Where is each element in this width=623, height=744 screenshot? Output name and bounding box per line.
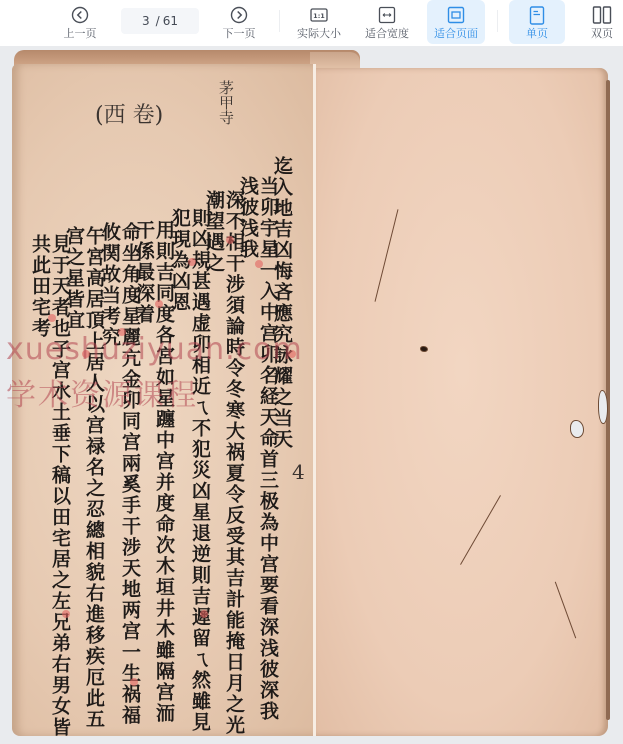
red-seal-mark bbox=[130, 678, 138, 686]
text-column: 見于天者也子宫水土垂下稿以田宅居之左兄弟右男女皆共此田宅考 bbox=[30, 234, 70, 738]
fit-width-icon bbox=[378, 3, 396, 27]
next-page-label: 下一页 bbox=[223, 27, 256, 41]
actual-size-button[interactable]: 1:1 实际大小 bbox=[291, 0, 347, 44]
toolbar-divider bbox=[497, 10, 498, 32]
single-page-button[interactable]: 单页 bbox=[509, 0, 565, 44]
fit-width-button[interactable]: 适合宽度 bbox=[359, 0, 415, 44]
pencil-volume-note: (西 卷) bbox=[95, 98, 163, 129]
prev-page-button[interactable]: 上一页 bbox=[56, 0, 104, 44]
red-seal-mark bbox=[188, 258, 196, 266]
fit-page-icon bbox=[447, 3, 465, 27]
fit-width-label: 适合宽度 bbox=[365, 27, 409, 41]
paper-hole bbox=[598, 390, 608, 424]
document-viewer[interactable]: (西 卷) 茅甲寺 4 迄入地吉凶悔吝應究詠耀之当天 当卯宇星一入中宫卯名経天命… bbox=[0, 46, 623, 744]
double-page-label: 双页 bbox=[591, 27, 613, 41]
fit-page-label: 适合页面 bbox=[434, 27, 478, 41]
page-number-input[interactable]: 3 / 61 bbox=[121, 8, 199, 34]
red-seal-mark bbox=[288, 350, 296, 358]
red-seal-mark bbox=[200, 610, 208, 618]
next-page-button[interactable]: 下一页 bbox=[215, 0, 263, 44]
book-edge bbox=[310, 52, 360, 68]
one-to-one-icon: 1:1 bbox=[310, 3, 328, 27]
double-page-icon bbox=[592, 3, 612, 27]
total-pages: 61 bbox=[163, 14, 178, 28]
red-seal-mark bbox=[155, 300, 163, 308]
red-seal-mark bbox=[82, 350, 90, 358]
prev-page-label: 上一页 bbox=[64, 27, 97, 41]
actual-size-label: 实际大小 bbox=[297, 27, 341, 41]
chevron-left-circle-icon bbox=[71, 3, 89, 27]
svg-text:1:1: 1:1 bbox=[313, 12, 325, 20]
right-page bbox=[316, 68, 608, 736]
fit-page-button[interactable]: 适合页面 bbox=[427, 0, 485, 44]
double-page-button[interactable]: 双页 bbox=[580, 0, 623, 44]
text-column: 則凶規甚遇虚卯相近ㄟ不犯災凶星退逆則吉遲留ㄟ然雖見犯現為凶恩 bbox=[170, 208, 210, 738]
current-page: 3 bbox=[142, 14, 150, 28]
single-page-icon bbox=[529, 3, 545, 27]
red-seal-mark bbox=[62, 610, 70, 618]
text-column: 命坐角度星麗亢金卯同宫兩奚手干涉天地两宫一生祸福攸関故当考究 bbox=[100, 222, 140, 738]
paper-hole bbox=[570, 420, 584, 438]
page-separator: / bbox=[156, 14, 160, 28]
chevron-right-circle-icon bbox=[230, 3, 248, 27]
red-seal-mark bbox=[118, 328, 126, 336]
red-seal-mark bbox=[255, 260, 263, 268]
pencil-page-number: 4 bbox=[292, 460, 305, 484]
toolbar-divider bbox=[279, 10, 280, 32]
pencil-side-note: 茅甲寺 bbox=[216, 80, 237, 125]
red-seal-mark bbox=[48, 314, 56, 322]
red-seal-mark bbox=[226, 236, 234, 244]
page-scan-image: (西 卷) 茅甲寺 4 迄入地吉凶悔吝應究詠耀之当天 当卯宇星一入中宫卯名経天命… bbox=[10, 50, 614, 738]
paper-hole bbox=[420, 346, 428, 352]
single-page-label: 单页 bbox=[526, 27, 548, 41]
viewer-toolbar: 上一页 3 / 61 下一页 1:1 实际大小 适合宽度 适合页面 bbox=[0, 0, 623, 46]
